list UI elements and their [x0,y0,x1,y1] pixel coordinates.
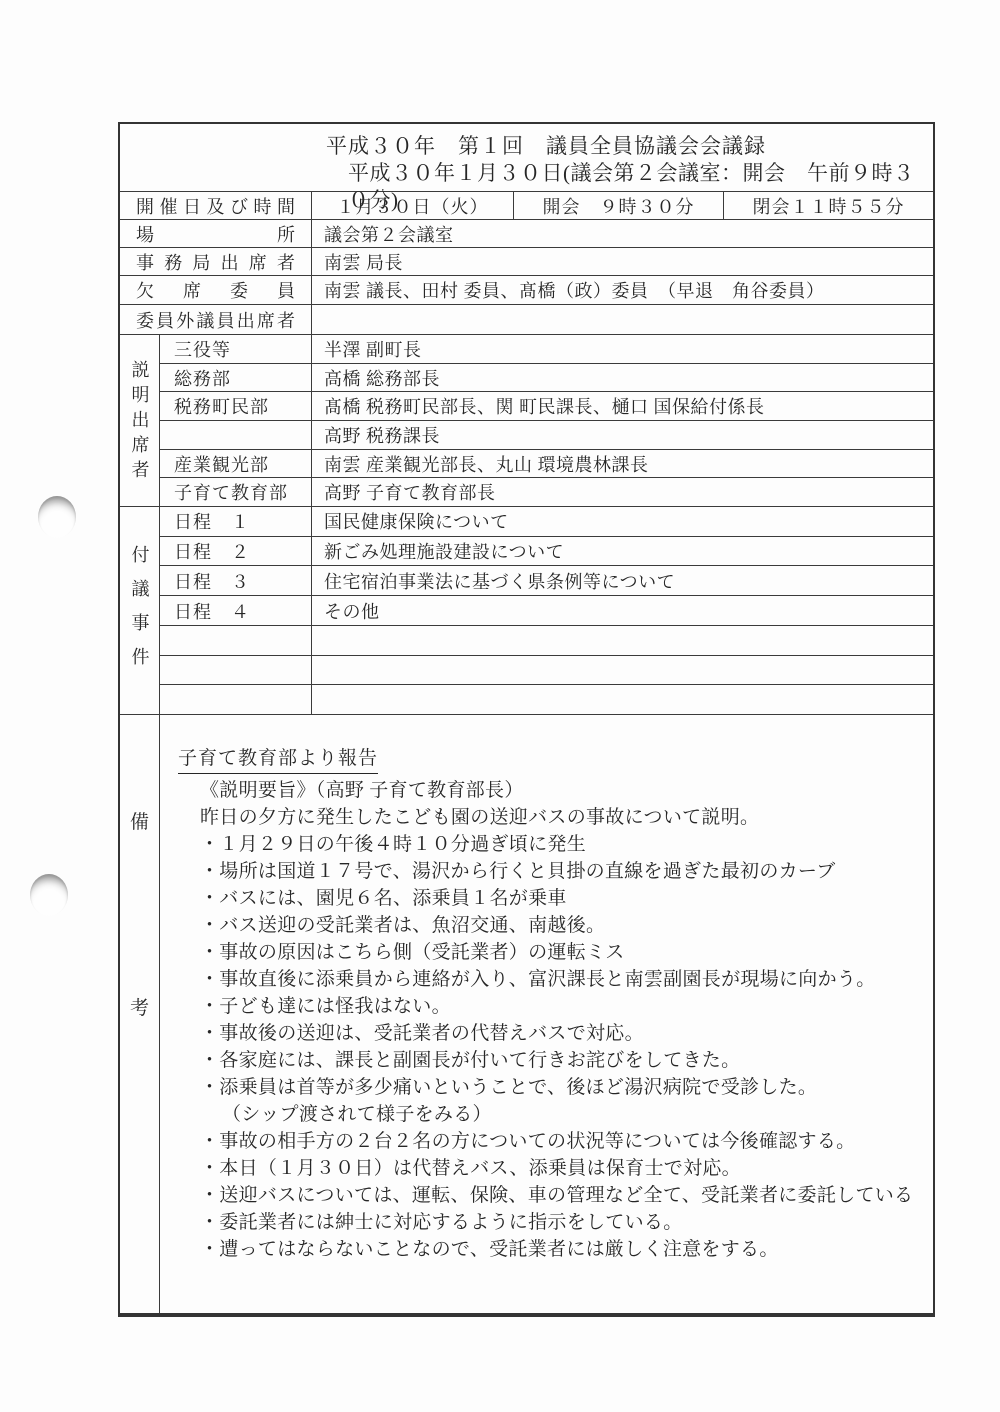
agenda-group-label: 付議事件 [120,507,160,714]
document-title: 平成３０年 第１回 議員全員協議会会議録 [120,133,933,160]
remarks-line: ・バス送迎の受託業者は、魚沼交通、南越後。 [178,912,925,939]
explainer-names: 南雲 産業観光部長、丸山 環境農林課長 [312,450,933,478]
remarks-heading: 子育て教育部より報告 [178,745,378,774]
agenda-row-empty [160,656,933,686]
explainer-dept: 税務町民部 [160,392,312,420]
remarks-body: 子育て教育部より報告 《説明要旨》（高野 子育て教育部長） 昨日の夕方に発生した… [160,715,933,1313]
datetime-label: 開催日及び時間 [136,193,295,219]
explainer-row: 税務町民部 髙橋 税務町民部長、関 町民課長、樋口 国保給付係長 [160,392,933,421]
datetime-close: 閉会１１時５５分 [724,192,933,219]
remarks-line: ・事故の原因はこちら側（受託業者）の運転ミス [178,939,925,966]
agenda-item-title [312,685,933,714]
agenda-item-title [312,626,933,655]
remarks-line: ・委託業者には紳士に対応するように指示をしている。 [178,1209,925,1236]
agenda-row: 日程 ２ 新ごみ処理施設建設について [160,537,933,567]
non-member-label: 委員外議員出席者 [136,307,295,333]
remarks-line: ・場所は国道１７号で、湯沢から行くと貝掛の直線を過ぎた最初のカーブ [178,858,925,885]
agenda-row-empty [160,626,933,656]
remarks-line: ・添乗員は首等が多少痛いということで、後ほど湯沢病院で受診した。 [178,1074,925,1101]
explainer-row: 子育て教育部 高野 子育て教育部長 [160,478,933,506]
explainer-row: 総務部 高橋 総務部長 [160,364,933,393]
agenda-item-no [160,656,312,685]
secretariat-value: 南雲 局長 [312,248,933,275]
absent-label: 欠席委員 [136,277,295,303]
secretariat-label: 事務局出席者 [136,249,295,275]
agenda-rows: 日程 １ 国民健康保険について 日程 ２ 新ごみ処理施設建設について 日程 ３ … [160,507,933,714]
agenda-item-no: 日程 ２ [160,537,312,566]
explainers-group-label: 説明出席者 [120,335,160,506]
explainer-dept [160,421,312,449]
agenda-item-no: 日程 １ [160,507,312,536]
remarks-line: 《説明要旨》（高野 子育て教育部長） [178,777,925,804]
agenda-item-title: 住宅宿泊事業法に基づく県条例等について [312,566,933,595]
remarks-line: （シップ渡されて様子をみる） [178,1101,925,1128]
remarks-line: ・事故後の送迎は、受託業者の代替えバスで対応。 [178,1020,925,1047]
remarks-line: ・各家庭には、課長と副園長が付いて行きお詫びをしてきた。 [178,1047,925,1074]
explainers-group: 説明出席者 三役等 半澤 副町長 総務部 高橋 総務部長 税務町民部 髙橋 税務… [120,335,933,507]
agenda-item-no: 日程 ４ [160,596,312,625]
agenda-item-no [160,685,312,714]
row-datetime: 開催日及び時間 １月３０日（火） 開会 ９時３０分 閉会１１時５５分 [120,192,933,220]
remarks-line: ・バスには、園児６名、添乗員１名が乗車 [178,885,925,912]
agenda-row-empty [160,685,933,714]
scanned-minutes-page: 平成３０年 第１回 議員全員協議会会議録 平成３０年１月３０日(議会第２会議室：… [0,0,1000,1412]
explainer-names: 髙橋 税務町民部長、関 町民課長、樋口 国保給付係長 [312,392,933,420]
datetime-label-cell: 開催日及び時間 [120,192,312,219]
non-member-label-cell: 委員外議員出席者 [120,305,312,334]
explainer-row: 産業観光部 南雲 産業観光部長、丸山 環境農林課長 [160,450,933,479]
remarks-label-char-bottom: 考 [120,993,159,1020]
agenda-item-no: 日程 ３ [160,566,312,595]
remarks-line: ・子ども達には怪我はない。 [178,993,925,1020]
explainers-rows: 三役等 半澤 副町長 総務部 高橋 総務部長 税務町民部 髙橋 税務町民部長、関… [160,335,933,506]
explainer-names: 半澤 副町長 [312,335,933,363]
punch-hole-bottom [30,874,68,916]
row-place: 場所 議会第２会議室 [120,220,933,248]
explainer-dept: 産業観光部 [160,450,312,478]
remarks-line: ・１月２９日の午後４時１０分過ぎ頃に発生 [178,831,925,858]
explainer-names: 高橋 総務部長 [312,364,933,392]
explainer-dept: 三役等 [160,335,312,363]
remarks-line: ・送迎バスについては、運転、保険、車の管理など全て、受託業者に委託している [178,1182,925,1209]
datetime-date: １月３０日（火） [312,192,514,219]
row-non-member: 委員外議員出席者 [120,305,933,335]
row-absent: 欠席委員 南雲 議長、田村 委員、髙橋（政）委員 （早退 角谷委員） [120,276,933,305]
place-label-cell: 場所 [120,220,312,247]
agenda-item-title: 国民健康保険について [312,507,933,536]
agenda-item-no [160,626,312,655]
row-secretariat: 事務局出席者 南雲 局長 [120,248,933,276]
absent-value: 南雲 議長、田村 委員、髙橋（政）委員 （早退 角谷委員） [312,276,933,304]
explainer-dept: 子育て教育部 [160,478,312,506]
secretariat-label-cell: 事務局出席者 [120,248,312,275]
agenda-row: 日程 ３ 住宅宿泊事業法に基づく県条例等について [160,566,933,596]
agenda-row: 日程 １ 国民健康保険について [160,507,933,537]
agenda-item-title [312,656,933,685]
absent-label-cell: 欠席委員 [120,276,312,304]
agenda-group: 付議事件 日程 １ 国民健康保険について 日程 ２ 新ごみ処理施設建設について … [120,507,933,715]
explainer-row: 高野 税務課長 [160,421,933,450]
place-value: 議会第２会議室 [312,220,933,247]
title-block: 平成３０年 第１回 議員全員協議会会議録 平成３０年１月３０日(議会第２会議室：… [120,124,933,192]
remarks-line: ・事故の相手方の２台２名の方についての状況等については今後確認する。 [178,1128,925,1155]
remarks-line: ・本日（１月３０日）は代替えバス、添乗員は保育士で対応。 [178,1155,925,1182]
remarks-group-label: 備 考 [120,715,160,1313]
place-label: 場所 [136,221,295,247]
datetime-open: 開会 ９時３０分 [514,192,724,219]
remarks-section: 備 考 子育て教育部より報告 《説明要旨》（高野 子育て教育部長） 昨日の夕方に… [120,715,933,1313]
explainer-names: 高野 税務課長 [312,421,933,449]
agenda-row: 日程 ４ その他 [160,596,933,626]
remarks-line: ・事故直後に添乗員から連絡が入り、富沢課長と南雲副園長が現場に向かう。 [178,966,925,993]
agenda-item-title: 新ごみ処理施設建設について [312,537,933,566]
remarks-label-char-top: 備 [120,807,159,834]
remarks-line: ・遭ってはならないことなので、受託業者には厳しく注意をする。 [178,1236,925,1263]
agenda-item-title: その他 [312,596,933,625]
punch-hole-top [38,496,76,538]
explainer-row: 三役等 半澤 副町長 [160,335,933,364]
explainer-dept: 総務部 [160,364,312,392]
non-member-value [312,305,933,334]
minutes-table: 平成３０年 第１回 議員全員協議会会議録 平成３０年１月３０日(議会第２会議室：… [118,122,935,1317]
remarks-line: 昨日の夕方に発生したこども園の送迎バスの事故について説明。 [178,804,925,831]
explainer-names: 高野 子育て教育部長 [312,478,933,506]
